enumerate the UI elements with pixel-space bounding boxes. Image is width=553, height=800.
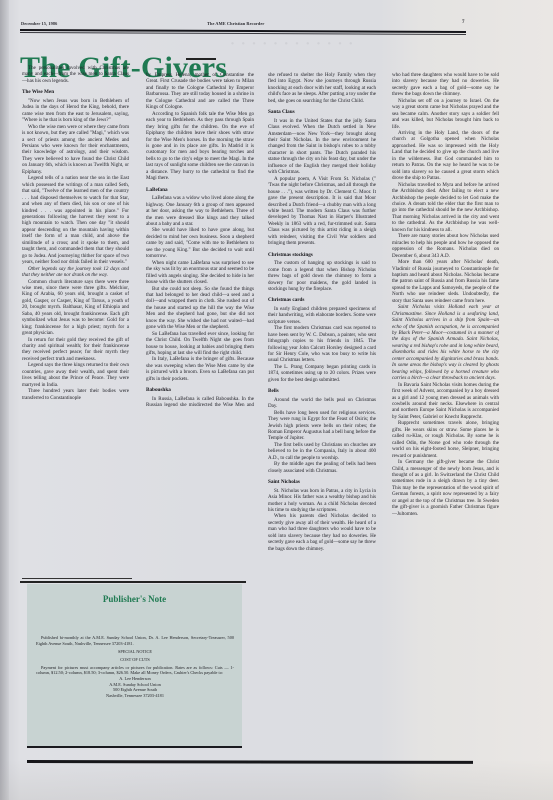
paragraph: The first modern Christmas card was repo… xyxy=(268,325,376,364)
paragraph: In return for their gold they received t… xyxy=(22,337,129,363)
paragraph: Common church literature says there were… xyxy=(22,279,129,337)
paragraph: Bells have long been used for religious … xyxy=(268,410,376,442)
special-notice-heading: SPECIAL NOTICE xyxy=(36,649,234,655)
section-heading-cards: Christmas cards xyxy=(268,297,376,303)
payment-info: Payment for pictures must accompany arti… xyxy=(36,665,234,676)
paragraph: The custom of hanging up stockings is sa… xyxy=(268,260,376,292)
paragraph: She would have liked to have gone along,… xyxy=(146,227,254,259)
show-through-text: · · · · · · · · · · · · xyxy=(230,36,460,54)
intro-paragraph: The personalities involved with Christma… xyxy=(22,65,129,84)
headline-rule xyxy=(186,58,216,60)
section-heading-wise-men: The Wise Men xyxy=(22,89,129,95)
publishers-note-body: Published bi-monthly at the A.M.E. Sunda… xyxy=(36,635,234,698)
paragraph: Legend tells of a nation near the sea in… xyxy=(22,175,129,265)
paragraph: "Now when Jesus was born in Bethlehem of… xyxy=(22,98,129,124)
paragraph-continued: In Russia, LaBefana is called Baboushka.… xyxy=(268,72,376,104)
note-box-top-rule xyxy=(20,581,246,583)
paragraph: In Russia, LaBefana is called Baboushka.… xyxy=(146,396,254,408)
paragraph: Three hundred years later their bodies w… xyxy=(22,388,129,401)
column-end-rule xyxy=(22,578,132,579)
paragraph: In Italy, LaBefana is the bringer of gif… xyxy=(146,356,254,382)
paragraph: In Germany the gift-giver became the Chr… xyxy=(392,459,499,517)
article-column-3: In Russia, LaBefana is called Baboushka.… xyxy=(268,72,376,592)
paragraph: So LaBefana has travelled ever since, lo… xyxy=(146,331,254,357)
paragraph: Nicholas travelled to Myra and before he… xyxy=(392,182,499,234)
paragraph: Arriving in the Holy Land, the doors of … xyxy=(392,130,499,182)
paragraph-italic: Other legends say the journey took 12 da… xyxy=(22,266,129,279)
article-column-2: by Empress Helena, mother of Constantine… xyxy=(146,72,254,408)
paragraph: It was in the United States that the jol… xyxy=(268,118,376,176)
paragraph: St. Nicholas was born in Patras, a city … xyxy=(268,488,376,514)
paragraph: Nicholas set off on a journey to Israel.… xyxy=(392,98,499,130)
section-heading-labefana: LaBefana xyxy=(146,187,254,193)
paragraph: According to Spanish folk tale the Wise … xyxy=(146,111,254,182)
article-column-4: When his parents died Nicholas decided t… xyxy=(392,72,499,680)
article-column-1: The personalities involved with Christma… xyxy=(22,65,129,401)
paragraph-continued: When his parents died Nicholas decided t… xyxy=(392,72,499,98)
section-heading-bells: Bells xyxy=(268,388,376,394)
section-heading-stockings: Christmas stockings xyxy=(268,252,376,258)
paragraph: There are many stories about how Nichola… xyxy=(392,233,499,259)
paragraph-continued: by Empress Helena, mother of Constantine… xyxy=(146,72,254,111)
cost-of-cuts-heading: COST OF CUTS xyxy=(36,657,234,663)
paragraph-italic: Saint Nicholas visits Holland each year … xyxy=(392,304,499,381)
section-heading-saint-nicholas: Saint Nicholas xyxy=(268,479,376,485)
paragraph: But she could not sleep. So she found th… xyxy=(146,286,254,331)
publishers-note-title: Publisher's Note xyxy=(27,594,242,604)
publication-info: Published bi-monthly at the A.M.E. Sunda… xyxy=(36,635,234,646)
paragraph: In Bavaria Saint Nicholas visits homes d… xyxy=(392,382,499,421)
paragraph: The first bells used by Christians on ch… xyxy=(268,442,376,461)
note-box-bottom-rule xyxy=(27,746,242,748)
section-heading-baboushka: Baboushka xyxy=(146,387,254,393)
paragraph: Legend says the three kings returned to … xyxy=(22,362,129,388)
paragraph: Who the wise men were or where they came… xyxy=(22,124,129,176)
section-heading-santa-claus: Santa Claus xyxy=(268,109,376,115)
paragraph: When night came LaBefana was surprised t… xyxy=(146,260,254,286)
page-binding-edge xyxy=(0,0,9,800)
paragraph: The L. Prang Company began printing card… xyxy=(268,364,376,383)
paragraph: LaBefana was a widow who lived alone alo… xyxy=(146,195,254,227)
paragraph: In early England children prepared speci… xyxy=(268,306,376,325)
paragraph: Rupprecht sometimes travels alone, bring… xyxy=(392,420,499,459)
paragraph: More than 600 years after Nicholas' deat… xyxy=(392,259,499,304)
paragraph: By the middle ages the pealing of bells … xyxy=(268,461,376,474)
paragraph: A popular poem, A Visit From St. Nichola… xyxy=(268,176,376,247)
page-shadow xyxy=(0,760,553,800)
page-number: 7 xyxy=(462,20,465,30)
paragraph: When his parents died Nicholas decided t… xyxy=(268,513,376,552)
paragraph: Around the world the bells peal on Chris… xyxy=(268,397,376,410)
address-line: Nashville, Tennessee 37203-4181 xyxy=(36,693,234,699)
